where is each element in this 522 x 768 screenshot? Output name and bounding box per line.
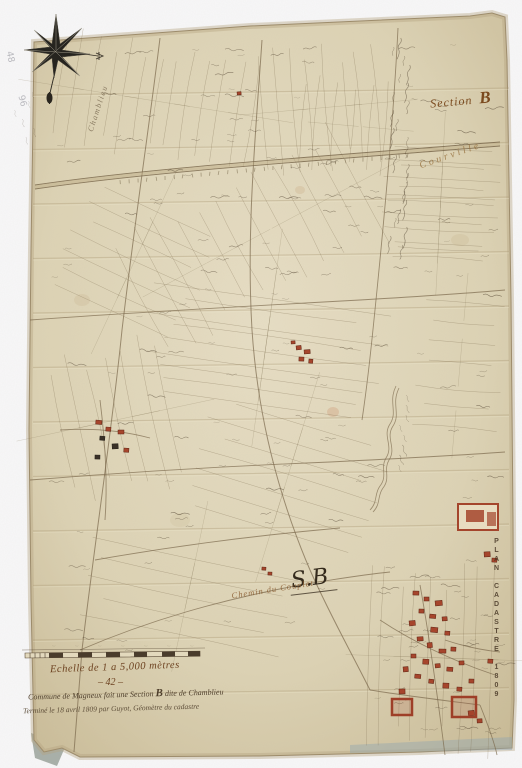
scanned-cadastral-map: SectionB Courville Chamblieu PLAN CADAST…: [0, 0, 522, 768]
paper-sheet: [29, 13, 514, 757]
map-artwork: [0, 0, 522, 768]
